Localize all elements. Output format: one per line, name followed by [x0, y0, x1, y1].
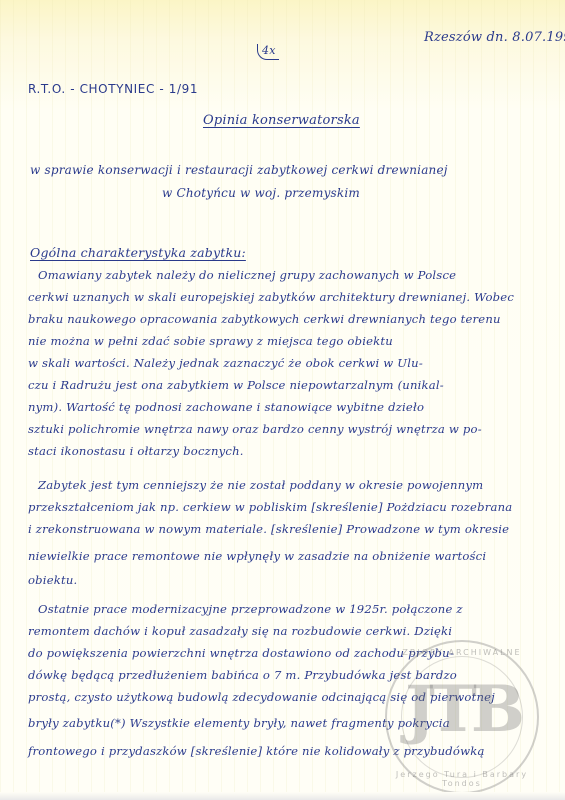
body-line: przekształceniom jak np. cerkiew w pobli…: [28, 500, 512, 514]
body-line: Omawiany zabytek należy do nielicznej gr…: [38, 268, 456, 282]
body-line: nie można w pełni zdać sobie sprawy z mi…: [28, 334, 393, 348]
body-line: Ostatnie prace modernizacyjne przeprowad…: [38, 602, 463, 616]
body-line: nym). Wartość tę podnosi zachowane i sta…: [28, 400, 424, 414]
subject-line-2: w Chotyńcu w woj. przemyskim: [162, 186, 360, 200]
body-line: sztuki polichromie wnętrza nawy oraz bar…: [28, 422, 482, 436]
subject-line-1: w sprawie konserwacji i restauracji zaby…: [30, 163, 448, 177]
body-line: bryły zabytku(*) Wszystkie elementy brył…: [28, 716, 450, 730]
body-line: Zabytek jest tym cenniejszy że nie zosta…: [38, 478, 483, 492]
body-line: prostą, czysto użytkową budowlą zdecydow…: [28, 690, 495, 704]
document-page: Rzeszów dn. 8.07.1991 4x R.T.O. - CHOTYN…: [0, 0, 565, 800]
body-line: czu i Radrużu jest ona zabytkiem w Polsc…: [28, 378, 444, 392]
body-line: do powiększenia powierzchni wnętrza dost…: [28, 646, 454, 660]
body-line: remontem dachów i kopuł zasadzały się na…: [28, 624, 452, 638]
copies-note: 4x: [257, 44, 279, 60]
body-line: dówkę będącą przedłużeniem babińca o 7 m…: [28, 668, 457, 682]
body-line: niewielkie prace remontowe nie wpłynęły …: [28, 549, 486, 563]
body-line: cerkwi uznanych w skali europejskiej zab…: [28, 290, 514, 304]
place-date: Rzeszów dn. 8.07.1991: [424, 30, 565, 45]
document-title: Opinia konserwatorska: [203, 113, 360, 128]
body-line: obiektu.: [28, 573, 77, 587]
stamp-monogram: JTB: [387, 672, 537, 747]
body-line: frontowego i przydaszków [skreślenie] kt…: [28, 744, 485, 758]
body-line: w skali wartości. Należy jednak zaznaczy…: [28, 356, 423, 370]
body-line: staci ikonostasu i ołtarzy bocznych.: [28, 444, 244, 458]
body-line: braku naukowego opracowania zabytkowych …: [28, 312, 501, 326]
stamp-bottom-text: Jerzego Tura i Barbary Tondos: [387, 770, 537, 788]
reference-number: R.T.O. - CHOTYNIEC - 1/91: [28, 82, 198, 96]
body-line: i zrekonstruowana w nowym materiale. [sk…: [28, 522, 509, 536]
section-heading: Ogólna charakterystyka zabytku:: [30, 245, 246, 260]
